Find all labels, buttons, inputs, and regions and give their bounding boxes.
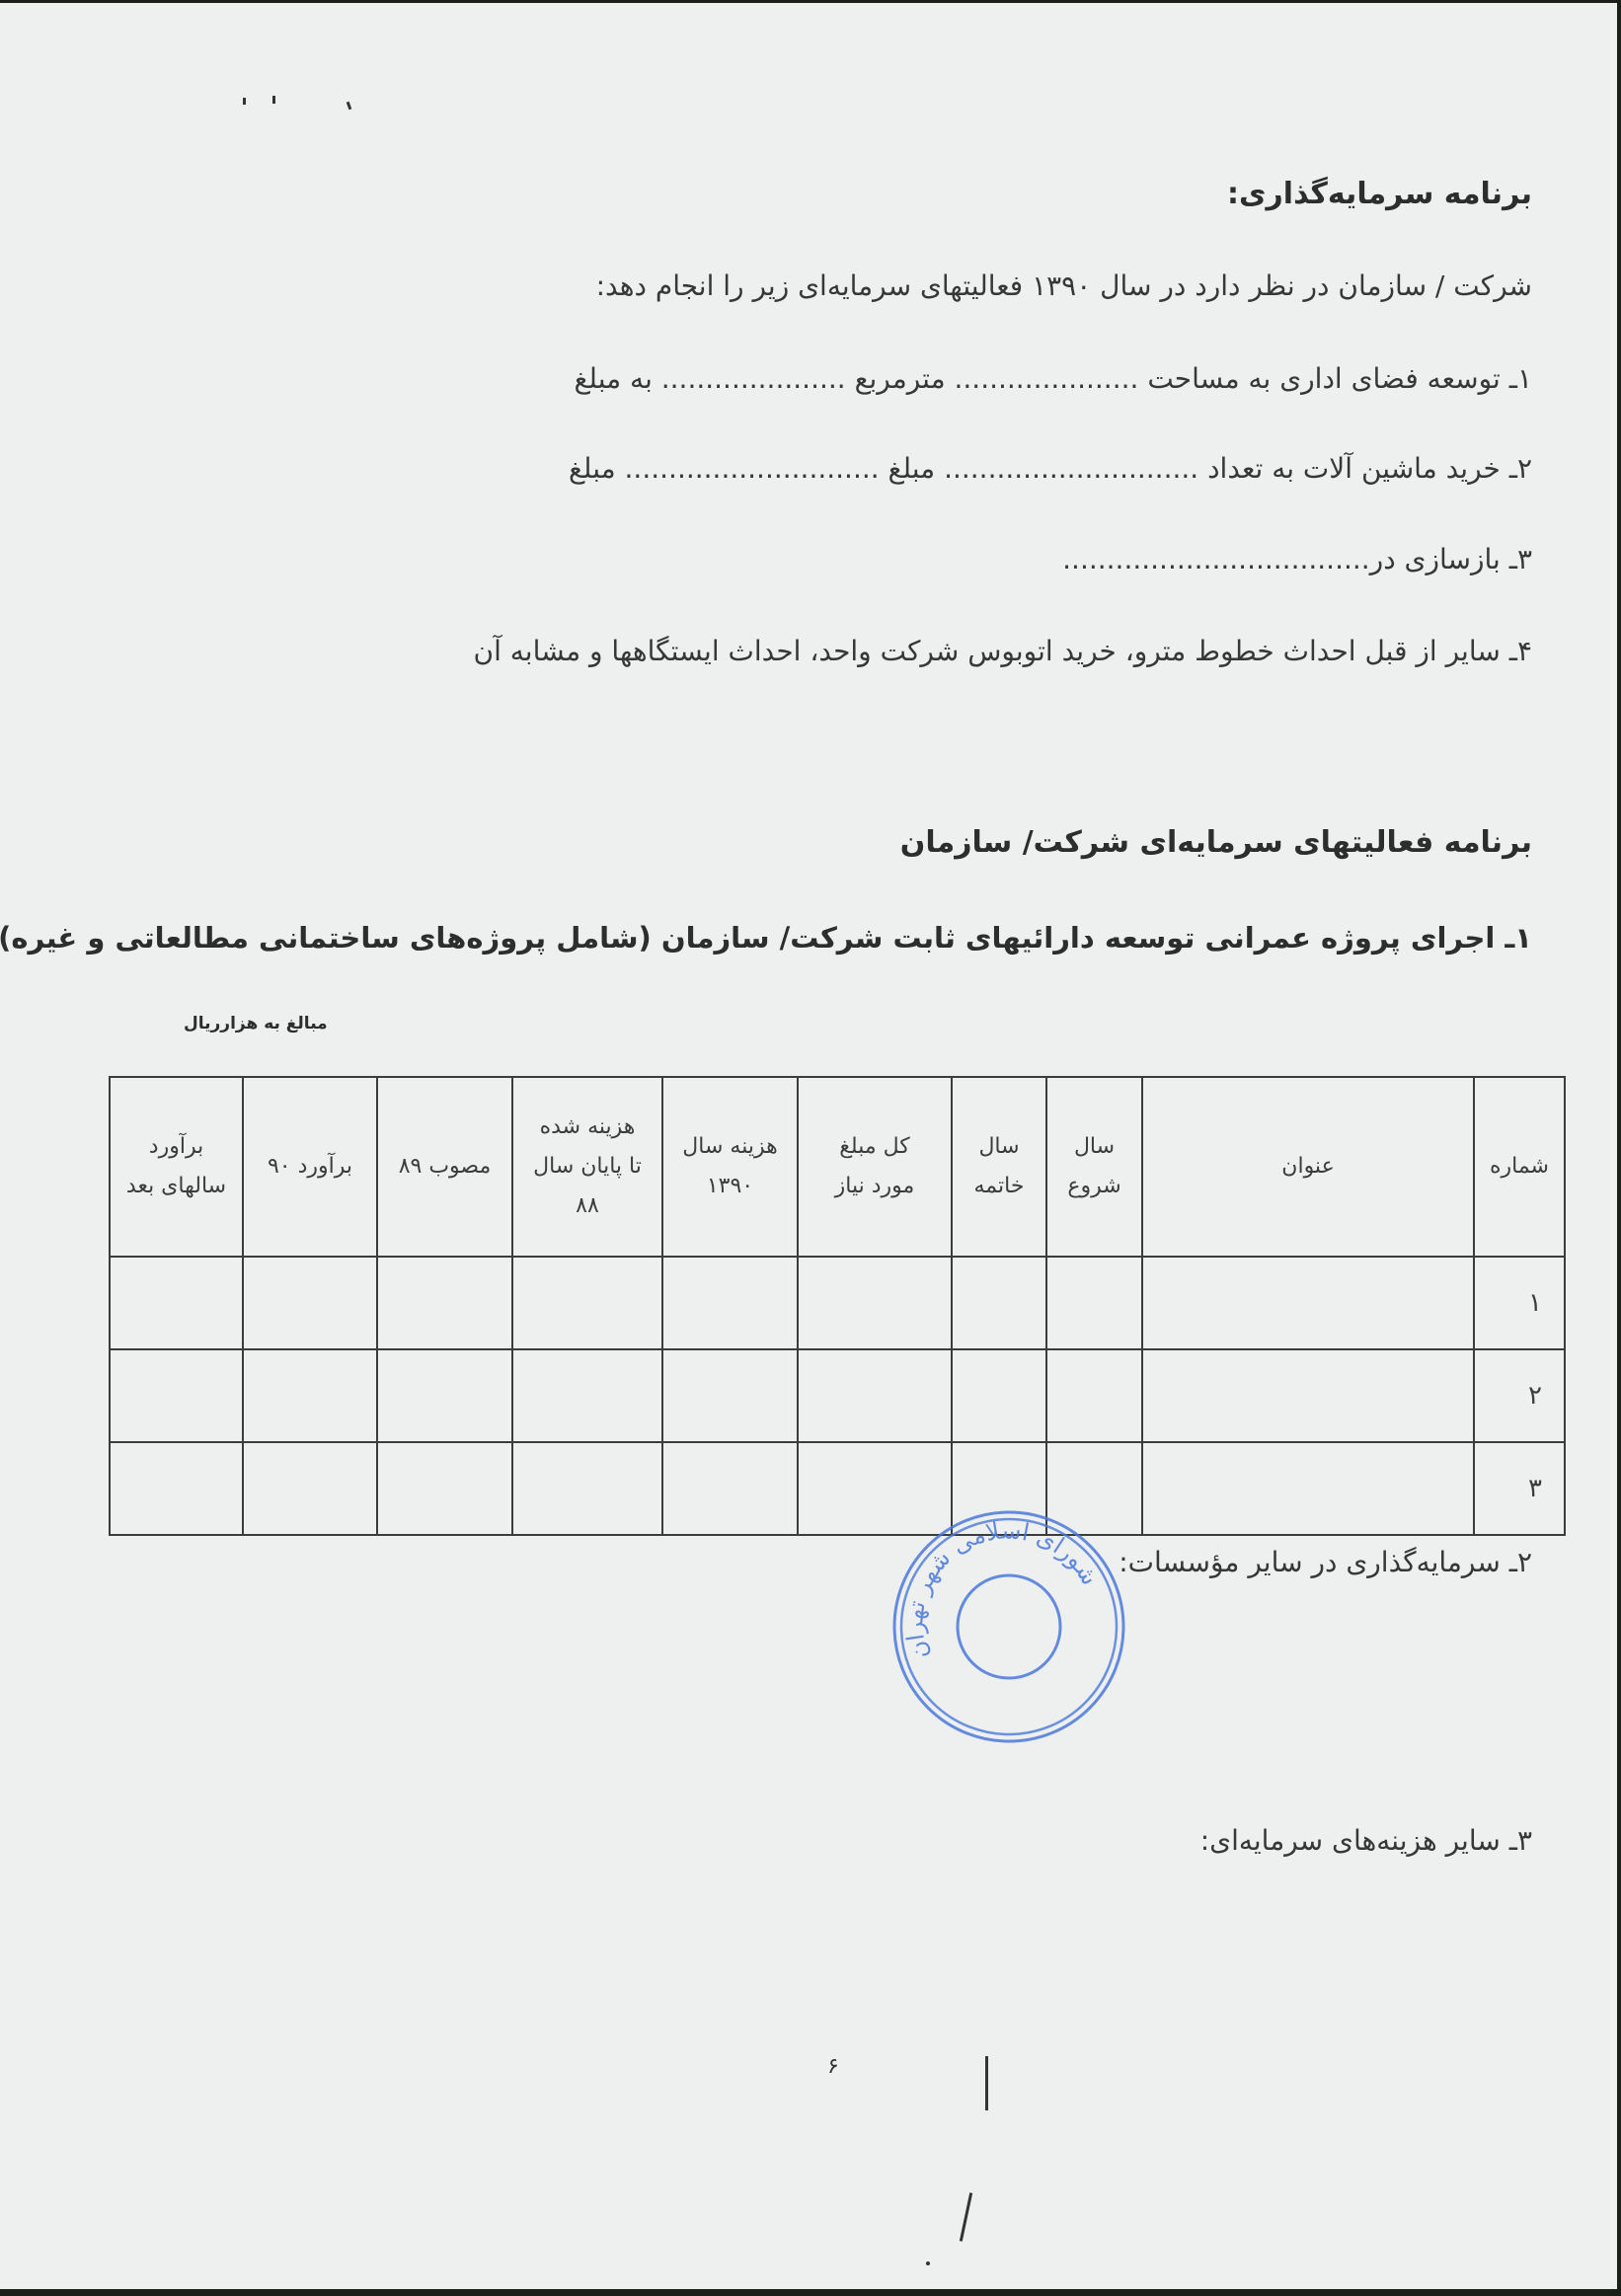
cell-title[interactable] [1142,1349,1474,1442]
stamp-text: شورای اسلامی شهر تهران [900,1516,1104,1662]
section-title: برنامه سرمایه‌گذاری: [1227,177,1532,211]
cell-title[interactable] [1142,1257,1474,1349]
cell-approved-89[interactable] [377,1442,512,1535]
cell-approved-89[interactable] [377,1257,512,1349]
table-row: ۳ [110,1442,1565,1535]
cell-estimate-90[interactable] [243,1257,377,1349]
cell-total-required[interactable] [798,1257,952,1349]
scan-speck [926,2261,930,2265]
cell-spent-until-88[interactable] [512,1442,662,1535]
header-title: عنوان [1142,1077,1474,1257]
header-start-year: سال شروع [1046,1077,1142,1257]
scanned-page: برنامه سرمایه‌گذاری: شرکت / سازمان در نظ… [0,3,1617,2289]
projects-table: شماره عنوان سال شروع سال خاتمه کل مبلغ م… [109,1076,1566,1536]
other-costs-heading: ۳ـ سایر هزینه‌های سرمایه‌ای: [1200,1824,1532,1857]
cell-total-required[interactable] [798,1349,952,1442]
cell-title[interactable] [1142,1442,1474,1535]
cell-estimate-later[interactable] [110,1442,243,1535]
svg-text:شورای اسلامی شهر تهران: شورای اسلامی شهر تهران [900,1516,1104,1662]
cell-cost-1390[interactable] [662,1442,798,1535]
list-item-2: ۲ـ خرید ماشین آلات به تعداد ............… [569,452,1532,485]
header-spent-until-88: هزینه شده تا پایان سال ۸۸ [512,1077,662,1257]
cell-end-year[interactable] [952,1349,1046,1442]
project-heading: ۱ـ اجرای پروژه عمرانی توسعه دارائیهای ثا… [0,921,1532,955]
row-number: ۱ [1474,1257,1565,1349]
table-header-row: شماره عنوان سال شروع سال خاتمه کل مبلغ م… [110,1077,1565,1257]
header-end-year: سال خاتمه [952,1077,1046,1257]
list-item-4: ۴ـ سایر از قبل احداث خطوط مترو، خرید اتو… [474,635,1532,667]
cell-start-year[interactable] [1046,1257,1142,1349]
table-row: ۲ [110,1349,1565,1442]
pen-mark [960,2192,972,2242]
header-number: شماره [1474,1077,1565,1257]
cell-spent-until-88[interactable] [512,1257,662,1349]
scan-speck [347,102,352,111]
cell-start-year[interactable] [1046,1349,1142,1442]
header-approved-89: مصوب ۸۹ [377,1077,512,1257]
activities-heading: برنامه فعالیتهای سرمایه‌ای شرکت/ سازمان [900,825,1532,860]
row-number: ۲ [1474,1349,1565,1442]
page-number: ۶ [827,2054,839,2079]
header-estimate-90: برآورد ۹۰ [243,1077,377,1257]
cell-cost-1390[interactable] [662,1349,798,1442]
cell-estimate-later[interactable] [110,1257,243,1349]
row-number: ۳ [1474,1442,1565,1535]
list-item-3: ۳ـ بازسازی در...........................… [1062,543,1532,575]
cell-cost-1390[interactable] [662,1257,798,1349]
scan-speck [272,96,275,104]
pen-mark [985,2056,988,2110]
table-row: ۱ [110,1257,1565,1349]
cell-estimate-90[interactable] [243,1349,377,1442]
cell-estimate-later[interactable] [110,1349,243,1442]
units-note: مبالغ به هزارریال [184,1014,328,1033]
cell-estimate-90[interactable] [243,1442,377,1535]
scan-speck [243,98,246,105]
header-estimate-later-years: برآورد سالهای بعد [110,1077,243,1257]
other-investment-heading: ۲ـ سرمایه‌گذاری در سایر مؤسسات: [1119,1546,1532,1578]
cell-end-year[interactable] [952,1257,1046,1349]
header-cost-1390: هزینه سال ۱۳۹۰ [662,1077,798,1257]
cell-spent-until-88[interactable] [512,1349,662,1442]
header-total-required: کل مبلغ مورد نیاز [798,1077,952,1257]
cell-approved-89[interactable] [377,1349,512,1442]
list-item-1: ۱ـ توسعه فضای اداری به مساحت ...........… [575,362,1532,395]
official-stamp: شورای اسلامی شهر تهران [888,1510,1125,1747]
stamp-seal-icon: شورای اسلامی شهر تهران [888,1510,1125,1747]
intro-text: شرکت / سازمان در نظر دارد در سال ۱۳۹۰ فع… [596,269,1532,302]
